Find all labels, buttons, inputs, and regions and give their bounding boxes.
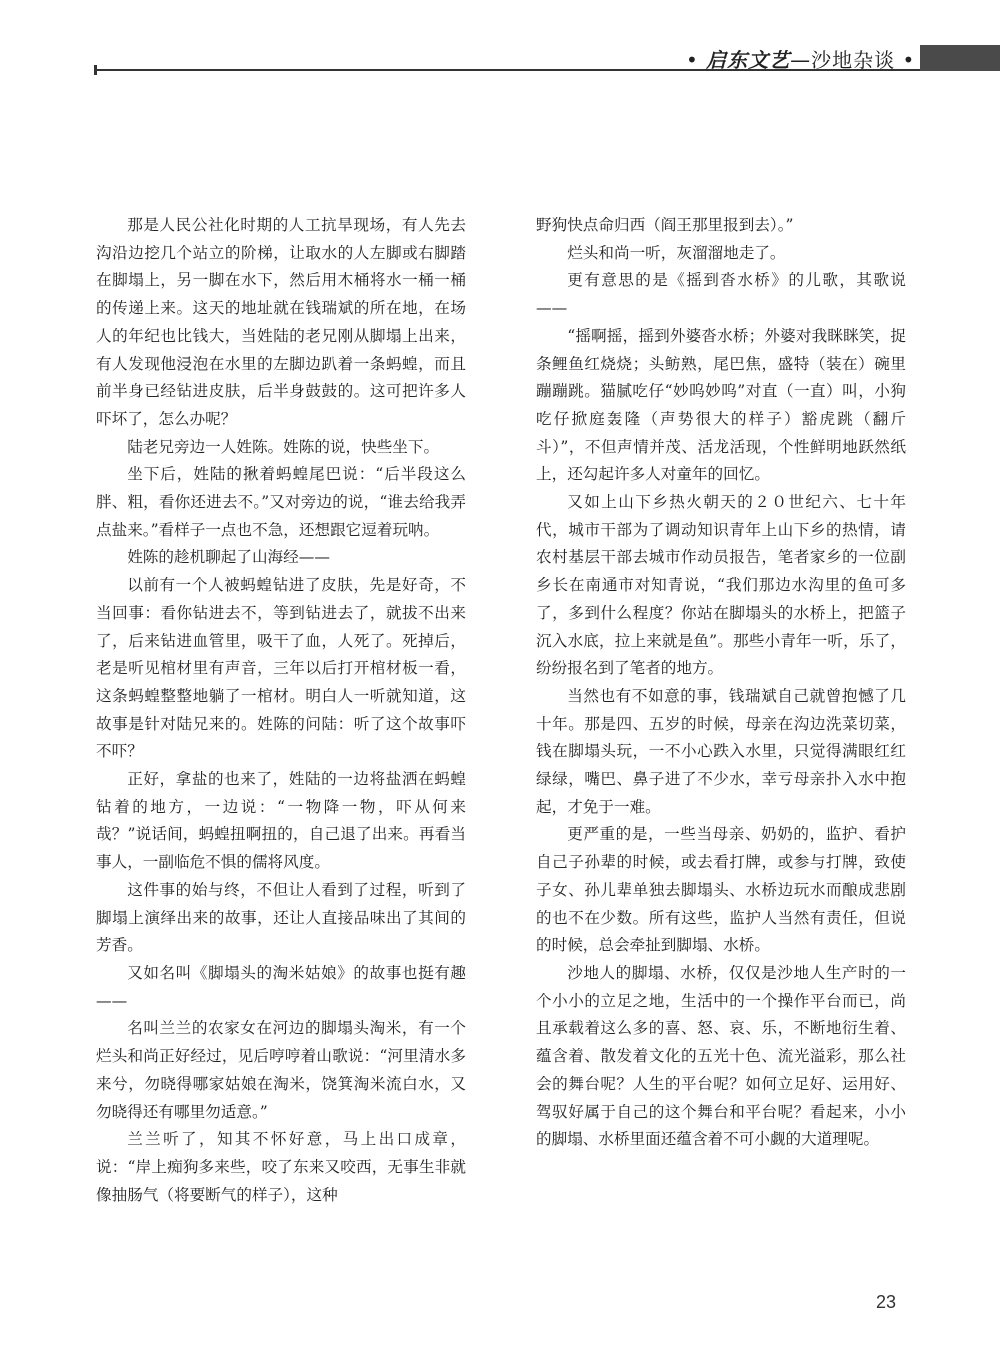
paragraph: “摇啊摇，摇到外婆沓水桥；外婆对我眯眯笑，捉条鲤鱼红烧烧；头鲂熟，尾巴焦，盛特（…: [536, 323, 906, 489]
paragraph: 又如名叫《脚塌头的淘米姑娘》的故事也挺有趣——: [96, 960, 466, 1015]
header-bullet-right: •: [903, 48, 916, 72]
paragraph: 姓陈的趁机聊起了山海经——: [96, 544, 466, 572]
header-bullet-left: •: [686, 48, 699, 72]
paragraph-continued: 野狗快点命归西（阎王那里报到去）。”: [536, 212, 906, 240]
page-number: 23: [876, 1292, 896, 1313]
header-section: 沙地杂谈: [811, 48, 895, 72]
header-separator: —: [790, 48, 811, 72]
paragraph: 以前有一个人被蚂蝗钻进了皮肤，先是好奇，不当回事：看你钻进去不，等到钻进去了，就…: [96, 572, 466, 766]
paragraph: 更严重的是，一些当母亲、奶奶的，监护、看护自己子孙辈的时候，或去看打牌，或参与打…: [536, 821, 906, 960]
paragraph: 更有意思的是《摇到沓水桥》的儿歌，其歌说——: [536, 267, 906, 322]
paragraph: 沙地人的脚塌、水桥，仅仅是沙地人生产时的一个小小的立足之地，生活中的一个操作平台…: [536, 960, 906, 1154]
running-header: • 启东文艺—沙地杂谈 •: [686, 44, 915, 73]
paragraph: 名叫兰兰的农家女在河边的脚塌头淘米，有一个烂头和尚正好经过，见后哼哼着山歌说：“…: [96, 1015, 466, 1126]
paragraph: 烂头和尚一听，灰溜溜地走了。: [536, 240, 906, 268]
paragraph: 陆老兄旁边一人姓陈。姓陈的说，快些坐下。: [96, 434, 466, 462]
header-brand: 启东文艺: [706, 48, 790, 72]
left-column: 那是人民公社化时期的人工抗旱现场，有人先去沟沿边挖几个站立的阶梯，让取水的人左脚…: [96, 212, 466, 1209]
header-accent-block: [920, 45, 1000, 71]
paragraph: 兰兰听了，知其不怀好意，马上出口成章，说：“岸上痴狗多来些，咬了东来又咬西，无事…: [96, 1126, 466, 1209]
paragraph: 正好，拿盐的也来了，姓陆的一边将盐洒在蚂蝗钻着的地方，一边说：“一物降一物，吓从…: [96, 766, 466, 877]
paragraph: 坐下后，姓陆的揪着蚂蝗尾巴说：“后半段这么胖、粗，看你还进去不。”又对旁边的说，…: [96, 461, 466, 544]
right-column: 野狗快点命归西（阎王那里报到去）。” 烂头和尚一听，灰溜溜地走了。 更有意思的是…: [536, 212, 906, 1154]
paragraph: 那是人民公社化时期的人工抗旱现场，有人先去沟沿边挖几个站立的阶梯，让取水的人左脚…: [96, 212, 466, 434]
paragraph: 这件事的始与终，不但让人看到了过程，听到了脚塌上演绎出来的故事，还让人直接品味出…: [96, 877, 466, 960]
paragraph: 当然也有不如意的事，钱瑞斌自己就曾抱憾了几十年。那是四、五岁的时候，母亲在沟边洗…: [536, 683, 906, 822]
paragraph: 又如上山下乡热火朝天的２０世纪六、七十年代，城市干部为了调动知识青年上山下乡的热…: [536, 489, 906, 683]
